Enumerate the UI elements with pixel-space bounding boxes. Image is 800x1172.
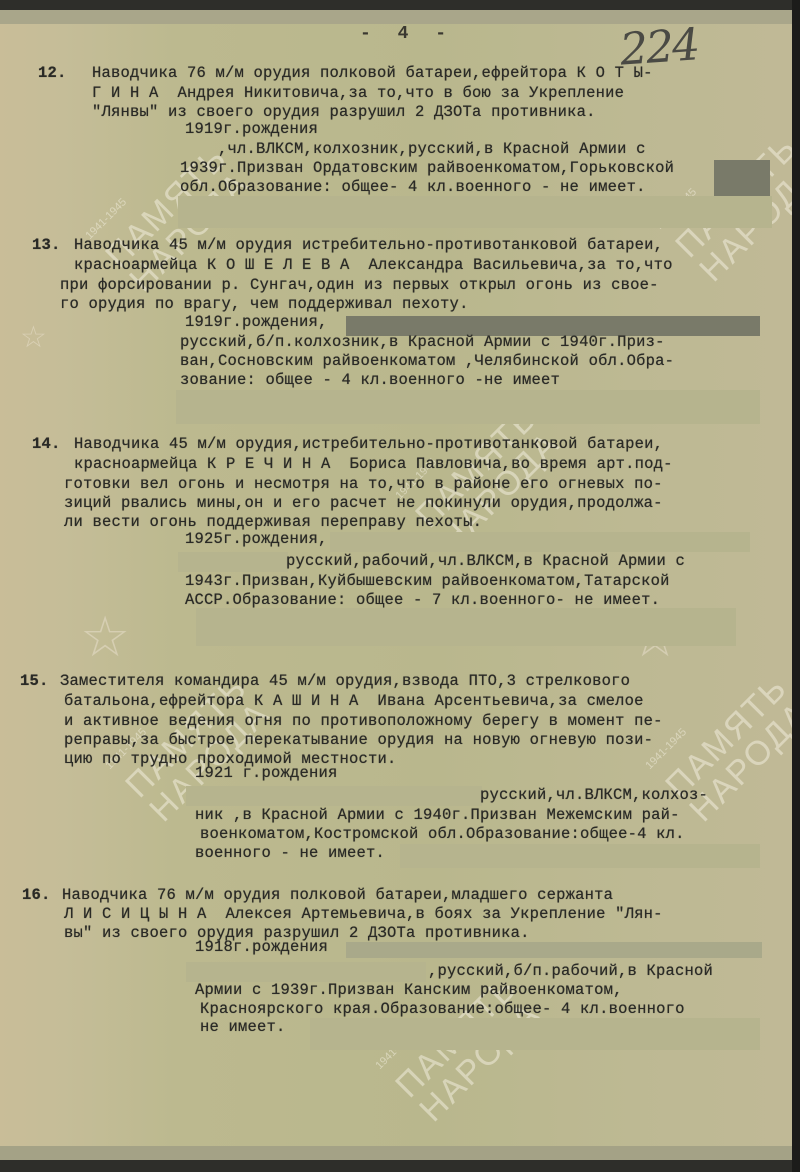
bio-line: русский,рабочий,чл.ВЛКСМ,в Красной Армии… bbox=[286, 552, 685, 571]
bio-line: не имеет. bbox=[200, 1018, 286, 1037]
entry-number: 16. bbox=[22, 886, 51, 905]
entry-number: 13. bbox=[32, 236, 61, 255]
bio-line: военного - не имеет. bbox=[195, 844, 385, 863]
redacted-area bbox=[176, 390, 760, 424]
redacted-area bbox=[196, 608, 736, 646]
document-page: 1941-1945 ПАМЯТЬ НАРОДА 1941-1945 ПАМЯТЬ… bbox=[0, 10, 792, 1160]
entry-text-line: и активное ведения огня по противоположн… bbox=[64, 712, 663, 731]
bio-line: Армии с 1939г.Призван Канским райвоенком… bbox=[195, 981, 623, 1000]
bio-line: ,чл.ВЛКСМ,колхозник,русский,в Красной Ар… bbox=[180, 140, 646, 159]
entry-text-line: готовки вел огонь и несмотря на то,что в… bbox=[64, 475, 663, 494]
entry-text-line: батальона,ефрейтора К А Ш И Н А Ивана Ар… bbox=[64, 692, 644, 711]
entry-text-line: красноармейца К Р Е Ч И Н А Бориса Павло… bbox=[74, 455, 673, 474]
entry-text-line: Л И С И Ц Ы Н А Алексея Артемьевича,в бо… bbox=[64, 905, 663, 924]
entry-text-line: го орудия по врагу, чем поддерживал пехо… bbox=[60, 295, 469, 314]
bio-line: Красноярского края.Образование:общее- 4 … bbox=[200, 1000, 685, 1019]
scan-bottom-edge bbox=[0, 1146, 792, 1160]
redacted-area bbox=[178, 552, 288, 572]
entry-text-line: "Лянвы" из своего орудия разрушил 2 ДЗОТ… bbox=[92, 103, 596, 122]
entry-text-line: Заместителя командира 45 м/м орудия,взво… bbox=[60, 672, 630, 691]
bio-line: ,русский,б/п.рабочий,в Красной bbox=[428, 962, 713, 981]
birth-year: 1925г.рождения, bbox=[185, 530, 328, 549]
bio-line: русский,чл.ВЛКСМ,колхоз- bbox=[480, 786, 708, 805]
entry-number: 12. bbox=[38, 64, 67, 83]
bio-line: военкоматом,Костромской обл.Образование:… bbox=[200, 825, 685, 844]
entry-text-line: Наводчика 45 м/м орудия истребительно-пр… bbox=[74, 236, 663, 255]
birth-year: 1919г.рождения bbox=[185, 120, 318, 139]
entry-text-line: Наводчика 76 м/м орудия полковой батареи… bbox=[62, 886, 613, 905]
star-watermark-icon: ☆ bbox=[80, 610, 130, 666]
entry-text-line: Наводчика 45 м/м орудия,истребительно-пр… bbox=[74, 435, 663, 454]
scan-right-edge bbox=[792, 0, 800, 1172]
entry-text-line: Г И Н А Андрея Никитовича,за то,что в бо… bbox=[92, 84, 624, 103]
page-marker: - 4 - bbox=[360, 24, 454, 44]
bio-line: зование: общее - 4 кл.военного -не имеет bbox=[180, 371, 560, 390]
entry-text-line: при форсировании р. Сунгач,один из первы… bbox=[60, 276, 659, 295]
entry-text-line: реправы,за быстрое перекатывание орудия … bbox=[64, 731, 653, 750]
birth-year: 1919г.рождения, bbox=[185, 313, 328, 332]
bio-line: русский,б/п.колхозник,в Красной Армии с … bbox=[180, 333, 665, 352]
bio-line: 1939г.Призван Ордатовским райвоенкоматом… bbox=[180, 159, 674, 178]
bio-line: обл.Образование: общее- 4 кл.военного - … bbox=[180, 178, 646, 197]
birth-year: 1921 г.рождения bbox=[195, 764, 338, 783]
bio-line: ник ,в Красной Армии с 1940г.Призван Меж… bbox=[195, 806, 680, 825]
entry-text-line: красноармейца К О Ш Е Л Е В А Александра… bbox=[74, 256, 673, 275]
redacted-area bbox=[310, 1018, 760, 1050]
entry-number: 14. bbox=[32, 435, 61, 454]
redacted-area bbox=[178, 196, 772, 228]
bio-line: ван,Сосновским райвоенкоматом ,Челябинск… bbox=[180, 352, 674, 371]
redacted-area bbox=[400, 844, 760, 868]
redacted-area bbox=[186, 962, 426, 982]
entry-text-line: зиций рвались мины,он и его расчет не по… bbox=[64, 494, 663, 513]
bio-line: 1943г.Призван,Куйбышевским райвоенкомато… bbox=[185, 572, 670, 591]
redacted-area bbox=[330, 532, 750, 552]
birth-year: 1918г.рождения bbox=[195, 938, 328, 957]
entry-text-line: Наводчика 76 м/м орудия полковой батареи… bbox=[92, 64, 653, 83]
entry-number: 15. bbox=[20, 672, 49, 691]
redacted-area bbox=[186, 786, 482, 806]
redacted-area bbox=[346, 942, 762, 958]
star-watermark-icon: ☆ bbox=[20, 310, 47, 366]
